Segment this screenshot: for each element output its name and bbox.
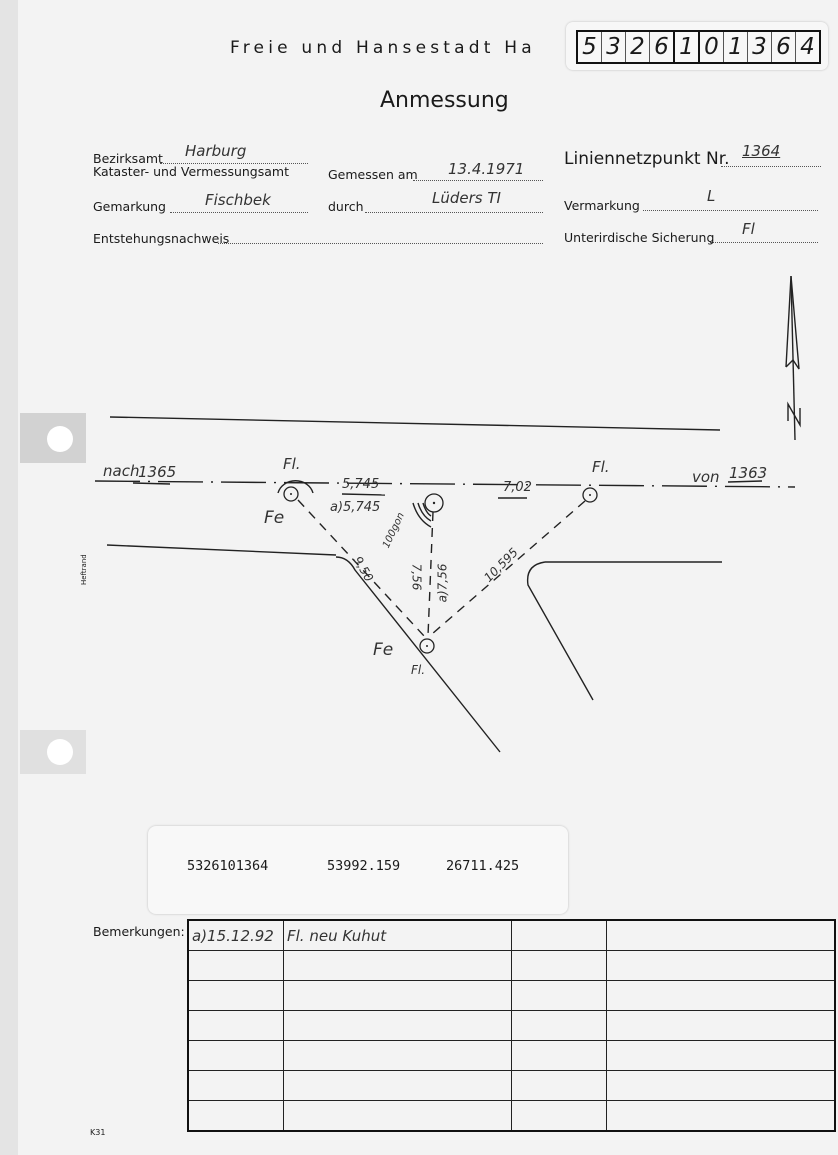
marker-right-label: Fl.: [592, 458, 610, 476]
remarks-cell-text[interactable]: Fl. neu Kuhut: [284, 920, 512, 951]
vertical-dist: 7,56: [409, 564, 423, 591]
remarks-cell-text[interactable]: [284, 1071, 512, 1101]
remarks-cell-text[interactable]: [284, 951, 512, 981]
dist-right: 7,02: [503, 480, 532, 495]
remarks-cell-c4[interactable]: [607, 1071, 836, 1101]
remarks-row: [188, 1071, 835, 1101]
remarks-cell-c3[interactable]: [512, 951, 607, 981]
remarks-table: a)15.12.92Fl. neu Kuhut: [187, 919, 836, 1132]
heftrand-label: Heftrand: [80, 554, 88, 585]
remarks-cell-text[interactable]: [284, 981, 512, 1011]
coord-easting: 26711.425: [446, 858, 519, 874]
dist-left-a: a)5,745: [330, 500, 380, 515]
remarks-cell-c3[interactable]: [512, 1101, 607, 1132]
coord-point-number: 5326101364: [187, 858, 268, 874]
fe-left-label: Fe: [264, 508, 284, 528]
remarks-cell-date[interactable]: [188, 981, 284, 1011]
fe-bottom-label: Fe: [373, 640, 393, 660]
remarks-row: [188, 1041, 835, 1071]
remarks-cell-c4[interactable]: [607, 920, 836, 951]
remarks-cell-c3[interactable]: [512, 1041, 607, 1071]
dist-left: 5,745: [342, 477, 379, 492]
remarks-row: a)15.12.92Fl. neu Kuhut: [188, 920, 835, 951]
remarks-cell-c3[interactable]: [512, 1011, 607, 1041]
remarks-row: [188, 1011, 835, 1041]
remarks-cell-c4[interactable]: [607, 1041, 836, 1071]
marker-bottom-label: Fl.: [411, 663, 425, 677]
coordinate-label: 5326101364 53992.159 26711.425: [148, 826, 568, 914]
remarks-cell-text[interactable]: [284, 1041, 512, 1071]
vertical-dist-a: a)7,56: [435, 564, 449, 603]
remarks-cell-date[interactable]: [188, 951, 284, 981]
remarks-cell-text[interactable]: [284, 1011, 512, 1041]
north-arrow-icon: [786, 276, 800, 440]
remarks-row: [188, 981, 835, 1011]
remarks-cell-c4[interactable]: [607, 1011, 836, 1041]
remarks-cell-c3[interactable]: [512, 1071, 607, 1101]
from-label: von: [692, 468, 720, 486]
remarks-cell-c3[interactable]: [512, 920, 607, 951]
to-label: nach: [103, 462, 139, 480]
remarks-row: [188, 1101, 835, 1132]
remarks-cell-c4[interactable]: [607, 1101, 836, 1132]
remarks-cell-date[interactable]: [188, 1071, 284, 1101]
remarks-cell-date[interactable]: [188, 1041, 284, 1071]
remarks-cell-c3[interactable]: [512, 981, 607, 1011]
remarks-cell-date[interactable]: [188, 1011, 284, 1041]
remarks-cell-text[interactable]: [284, 1101, 512, 1132]
remarks-cell-date[interactable]: a)15.12.92: [188, 920, 284, 951]
to-point: 1365: [138, 463, 176, 481]
remarks-cell-c4[interactable]: [607, 981, 836, 1011]
from-point: 1363: [729, 464, 767, 482]
marker-left-label: Fl.: [283, 455, 301, 473]
remarks-cell-date[interactable]: [188, 1101, 284, 1132]
coord-northing: 53992.159: [327, 858, 400, 874]
form-code: K31: [90, 1128, 105, 1137]
remarks-row: [188, 951, 835, 981]
remarks-label: Bemerkungen:: [93, 924, 185, 939]
remarks-cell-c4[interactable]: [607, 951, 836, 981]
